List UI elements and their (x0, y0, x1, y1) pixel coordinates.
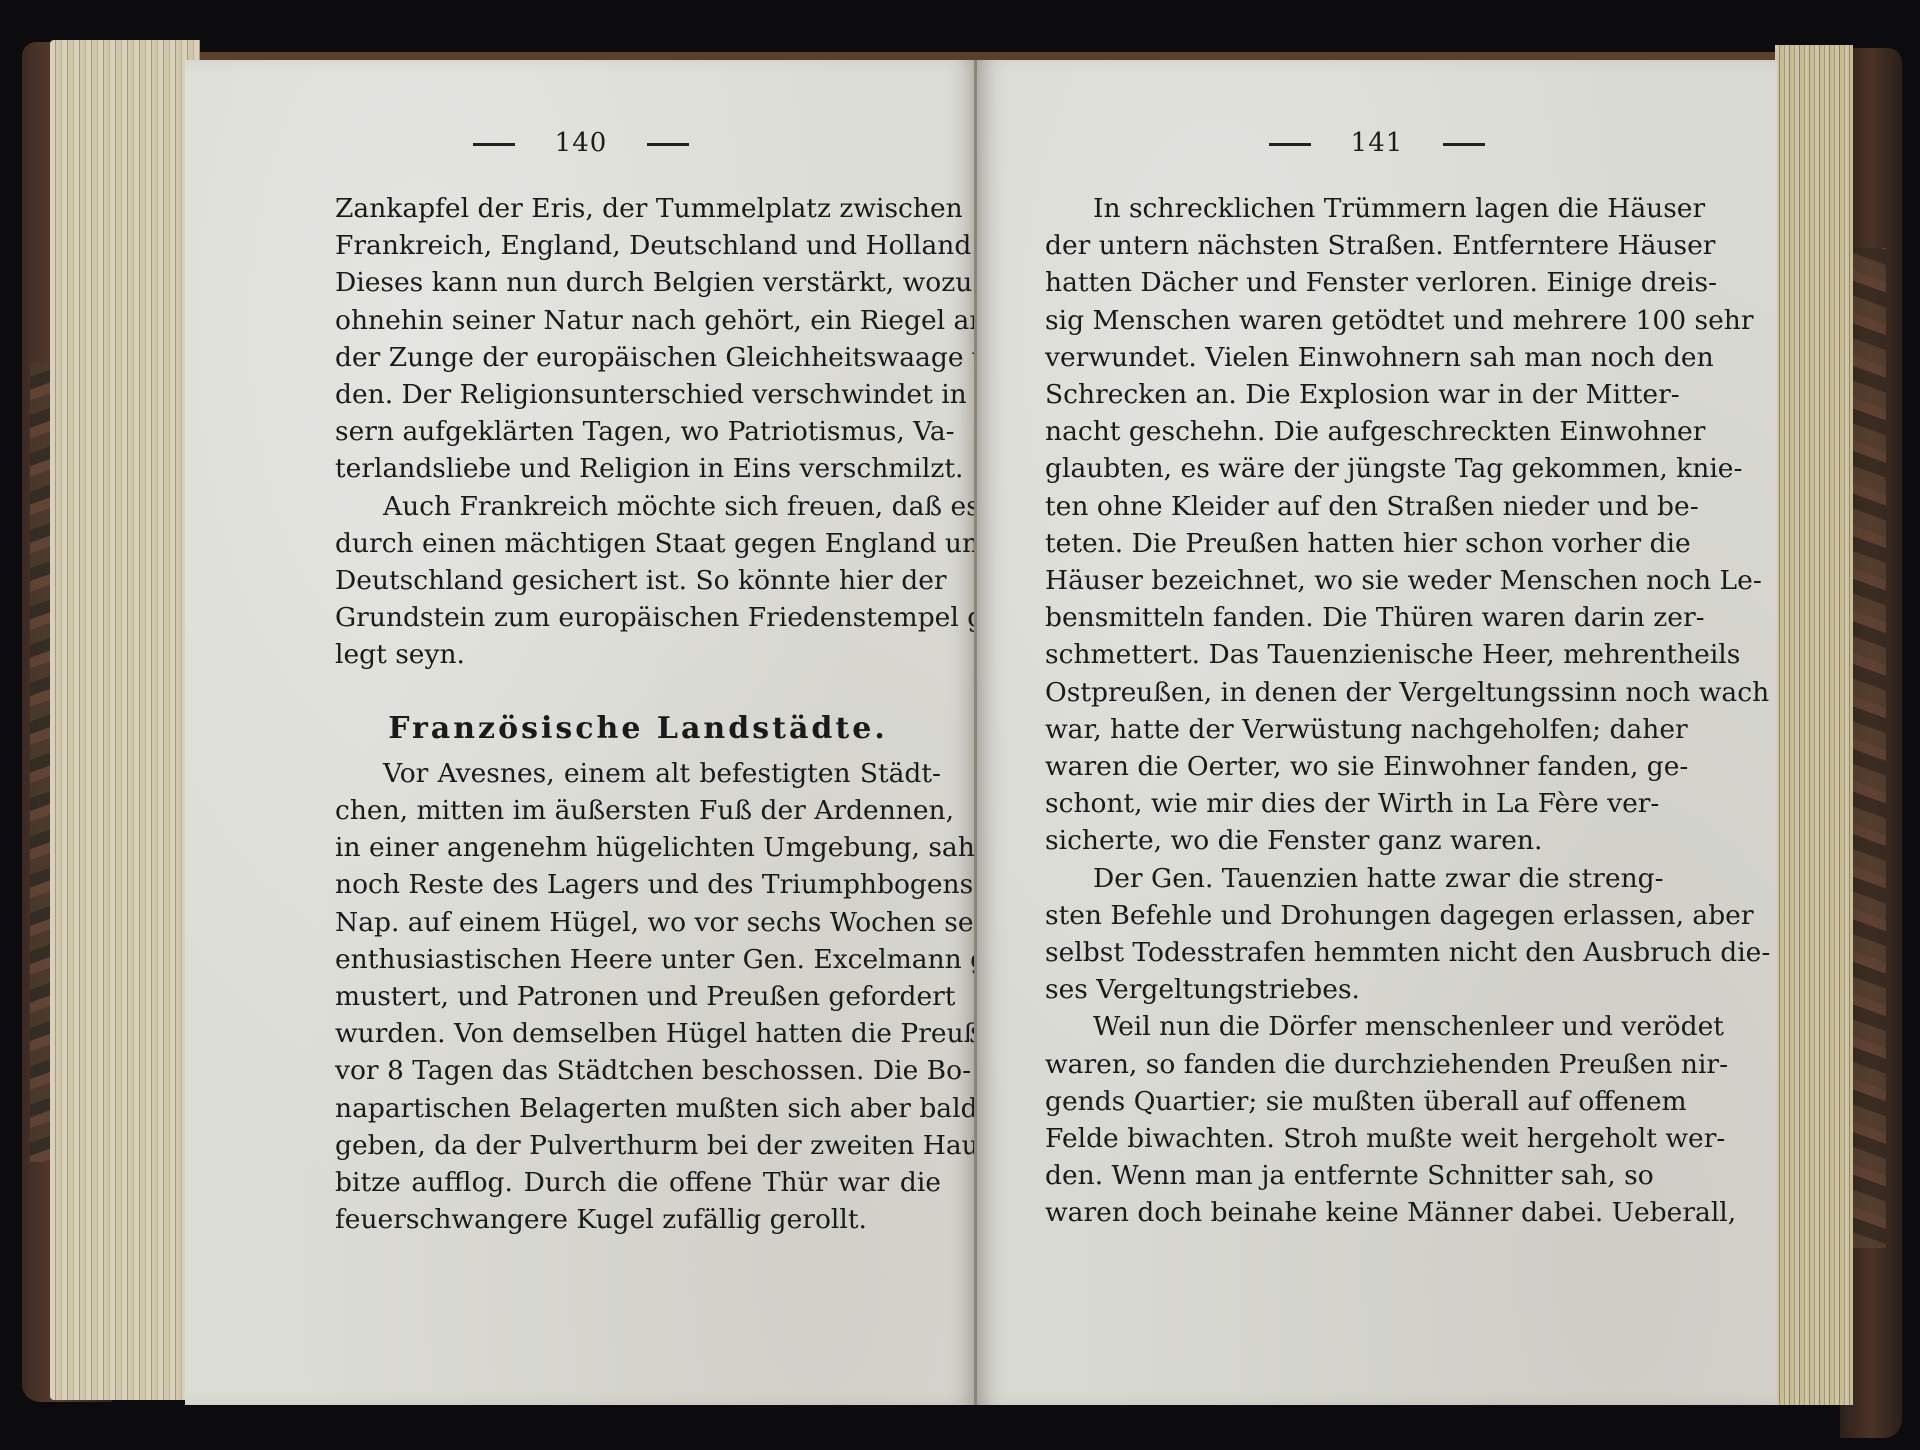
page-number: 141 (1351, 128, 1404, 158)
page-edges-left (50, 40, 200, 1400)
text-line: napartischen Belagerten mußten sich aber… (335, 1090, 941, 1127)
text-line: ses Vergeltungstriebes. (1045, 971, 1653, 1008)
page-edges-right (1775, 45, 1853, 1405)
text-line: chen, mitten im äußersten Fuß der Ardenn… (335, 792, 941, 829)
text-line: geben, da der Pulverthurm bei der zweite… (335, 1127, 941, 1164)
text-line: Auch Frankreich möchte sich freuen, daß … (335, 488, 941, 525)
text-line: wurden. Von demselben Hügel hatten die P… (335, 1015, 941, 1052)
text-line: schmettert. Das Tauenzienische Heer, meh… (1045, 636, 1653, 673)
text-line: sig Menschen waren getödtet und mehrere … (1045, 302, 1653, 339)
paragraph: Zankapfel der Eris, der Tummelplatz zwis… (335, 190, 941, 488)
text-line: Deutschland gesichert ist. So könnte hie… (335, 562, 941, 599)
page-number-header: 141 (977, 128, 1777, 158)
text-line: feuerschwangere Kugel zufällig gerollt. (335, 1201, 941, 1238)
text-line: Zankapfel der Eris, der Tummelplatz zwis… (335, 190, 941, 227)
left-page-text: Zankapfel der Eris, der Tummelplatz zwis… (335, 190, 941, 1238)
text-line: Weil nun die Dörfer menschenleer und ver… (1045, 1008, 1653, 1045)
page-number: 140 (555, 128, 608, 158)
paragraph: Der Gen. Tauenzien hatte zwar die streng… (1045, 860, 1653, 1009)
paragraph: In schrecklichen Trümmern lagen die Häus… (1045, 190, 1653, 860)
text-line: bensmitteln fanden. Die Thüren waren dar… (1045, 599, 1653, 636)
text-line: In schrecklichen Trümmern lagen die Häus… (1045, 190, 1653, 227)
right-page-text: In schrecklichen Trümmern lagen die Häus… (1045, 190, 1653, 1232)
text-line: Ostpreußen, in denen der Vergeltungssinn… (1045, 674, 1653, 711)
text-line: den. Der Religionsunterschied verschwind… (335, 376, 941, 413)
section-heading: Französische Landstädte. (335, 710, 941, 747)
text-line: war, hatte der Verwüstung nachgeholfen; … (1045, 711, 1653, 748)
text-line: Frankreich, England, Deutschland und Hol… (335, 227, 941, 264)
text-line: sten Befehle und Drohungen dagegen erlas… (1045, 897, 1653, 934)
text-line: der untern nächsten Straßen. Entferntere… (1045, 227, 1653, 264)
text-line: Felde biwachten. Stroh mußte weit hergeh… (1045, 1120, 1653, 1157)
text-line: enthusiastischen Heere unter Gen. Excelm… (335, 941, 941, 978)
text-line: Nap. auf einem Hügel, wo vor sechs Woche… (335, 904, 941, 941)
text-line: schont, wie mir dies der Wirth in La Fèr… (1045, 785, 1653, 822)
paragraph: Auch Frankreich möchte sich freuen, daß … (335, 488, 941, 674)
left-page: 140 Zankapfel der Eris, der Tummelplatz … (185, 60, 977, 1405)
text-line: ten ohne Kleider auf den Straßen nieder … (1045, 488, 1653, 525)
text-line: legt seyn. (335, 636, 941, 673)
text-line: nacht geschehn. Die aufgeschreckten Einw… (1045, 413, 1653, 450)
text-line: Der Gen. Tauenzien hatte zwar die streng… (1045, 860, 1653, 897)
page-number-header: 140 (185, 128, 977, 158)
right-page: 141 In schrecklichen Trümmern lagen die … (977, 60, 1777, 1405)
text-line: waren, so fanden die durchziehenden Preu… (1045, 1046, 1653, 1083)
text-line: sern aufgeklärten Tagen, wo Patriotismus… (335, 413, 941, 450)
dash-ornament (1269, 143, 1311, 146)
text-line: verwundet. Vielen Einwohnern sah man noc… (1045, 339, 1653, 376)
text-line: bitze aufflog. Durch die offene Thür war… (335, 1164, 941, 1201)
paragraph: Weil nun die Dörfer menschenleer und ver… (1045, 1008, 1653, 1231)
text-line: sicherte, wo die Fenster ganz waren. (1045, 822, 1653, 859)
text-line: hatten Dächer und Fenster verloren. Eini… (1045, 264, 1653, 301)
text-line: vor 8 Tagen das Städtchen beschossen. Di… (335, 1052, 941, 1089)
text-line: waren doch beinahe keine Männer dabei. U… (1045, 1194, 1653, 1231)
text-line: Dieses kann nun durch Belgien verstärkt,… (335, 264, 941, 301)
text-line: Schrecken an. Die Explosion war in der M… (1045, 376, 1653, 413)
paragraph: Vor Avesnes, einem alt befestigten Städt… (335, 755, 941, 1239)
text-line: terlandsliebe und Religion in Eins versc… (335, 450, 941, 487)
dash-ornament (1443, 143, 1485, 146)
text-line: waren die Oerter, wo sie Einwohner fande… (1045, 748, 1653, 785)
text-line: Vor Avesnes, einem alt befestigten Städt… (335, 755, 941, 792)
text-line: Häuser bezeichnet, wo sie weder Menschen… (1045, 562, 1653, 599)
text-line: selbst Todesstrafen hemmten nicht den Au… (1045, 934, 1653, 971)
dash-ornament (473, 143, 515, 146)
text-line: mustert, und Patronen und Preußen geford… (335, 978, 941, 1015)
text-line: teten. Die Preußen hatten hier schon vor… (1045, 525, 1653, 562)
text-line: in einer angenehm hügelichten Umgebung, … (335, 829, 941, 866)
dash-ornament (647, 143, 689, 146)
text-line: gends Quartier; sie mußten überall auf o… (1045, 1083, 1653, 1120)
text-line: den. Wenn man ja entfernte Schnitter sah… (1045, 1157, 1653, 1194)
text-line: noch Reste des Lagers und des Triumphbog… (335, 866, 941, 903)
text-line: ohnehin seiner Natur nach gehört, ein Ri… (335, 302, 941, 339)
text-line: glaubten, es wäre der jüngste Tag gekomm… (1045, 450, 1653, 487)
text-line: Grundstein zum europäischen Friedenstemp… (335, 599, 941, 636)
text-line: der Zunge der europäischen Gleichheitswa… (335, 339, 941, 376)
text-line: durch einen mächtigen Staat gegen Englan… (335, 525, 941, 562)
